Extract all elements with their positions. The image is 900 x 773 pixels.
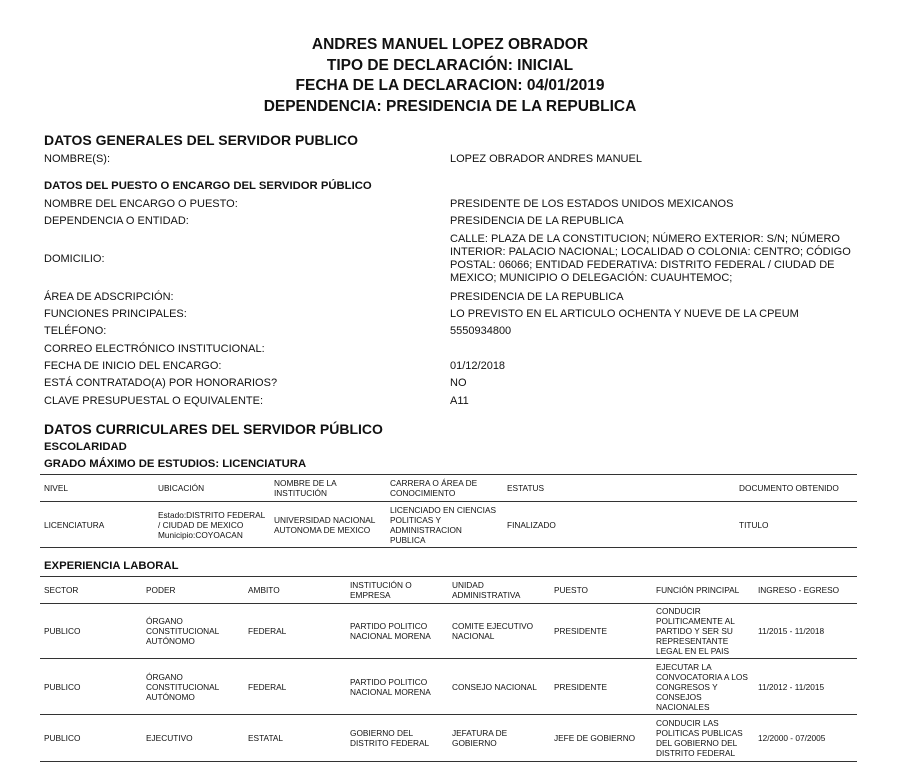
- field-value-telefono: 5550934800: [450, 325, 870, 338]
- edu-cell-estatus: FINALIZADO: [503, 502, 619, 548]
- field-value-puesto: PRESIDENTE DE LOS ESTADOS UNIDOS MEXICAN…: [450, 198, 870, 211]
- exp-cell-sector: PUBLICO: [40, 715, 142, 762]
- exp-cell-unidad: JEFATURA DE GOBIERNO: [448, 715, 550, 762]
- edu-header-institucion: NOMBRE DE LA INSTITUCIÓN: [270, 475, 386, 502]
- field-label-area: ÁREA DE ADSCRIPCIÓN:: [44, 291, 174, 303]
- experience-header-row: SECTOR PODER AMBITO INSTITUCIÓN O EMPRES…: [40, 577, 857, 604]
- field-label-fecha-inicio: FECHA DE INICIO DEL ENCARGO:: [44, 360, 221, 372]
- field-value-honorarios: NO: [450, 377, 870, 390]
- education-table: NIVEL UBICACIÓN NOMBRE DE LA INSTITUCIÓN…: [40, 474, 857, 548]
- exp-cell-poder: ÓRGANO CONSTITUCIONAL AUTÓNOMO: [142, 659, 244, 715]
- field-label-funciones: FUNCIONES PRINCIPALES:: [44, 308, 187, 320]
- edu-cell-nivel: LICENCIATURA: [40, 502, 154, 548]
- field-label-clave: CLAVE PRESUPUESTAL O EQUIVALENTE:: [44, 395, 263, 407]
- field-label-domicilio: DOMICILIO:: [44, 253, 105, 265]
- field-label-telefono: TELÉFONO:: [44, 325, 106, 337]
- exp-cell-ambito: ESTATAL: [244, 715, 346, 762]
- field-label-nombre: NOMBRE(S):: [44, 153, 110, 165]
- edu-header-blank: [619, 475, 735, 502]
- table-row: PUBLICO ÓRGANO CONSTITUCIONAL AUTÓNOMO F…: [40, 604, 857, 659]
- field-value-area: PRESIDENCIA DE LA REPUBLICA: [450, 291, 870, 304]
- field-value-funciones: LO PREVISTO EN EL ARTICULO OCHENTA Y NUE…: [450, 308, 870, 321]
- exp-cell-unidad: COMITE EJECUTIVO NACIONAL: [448, 604, 550, 659]
- field-value-domicilio: CALLE: PLAZA DE LA CONSTITUCION; NÚMERO …: [450, 233, 860, 285]
- section-title-curriculares: DATOS CURRICULARES DEL SERVIDOR PÚBLICO: [44, 421, 383, 437]
- exp-header-puesto: PUESTO: [550, 577, 652, 604]
- exp-cell-puesto: PRESIDENTE: [550, 604, 652, 659]
- edu-header-carrera: CARRERA O ÁREA DE CONOCIMIENTO: [386, 475, 503, 502]
- edu-cell-blank: [619, 502, 735, 548]
- table-row: LICENCIATURA Estado:DISTRITO FEDERAL / C…: [40, 502, 857, 548]
- exp-header-unidad: UNIDAD ADMINISTRATIVA: [448, 577, 550, 604]
- exp-cell-ambito: FEDERAL: [244, 604, 346, 659]
- section-title-experiencia: EXPERIENCIA LABORAL: [44, 560, 179, 572]
- exp-cell-periodo: 12/2000 - 07/2005: [754, 715, 857, 762]
- section-title-datos-generales: DATOS GENERALES DEL SERVIDOR PUBLICO: [44, 132, 358, 148]
- exp-header-sector: SECTOR: [40, 577, 142, 604]
- field-label-honorarios: ESTÁ CONTRATADO(A) POR HONORARIOS?: [44, 377, 277, 389]
- exp-cell-funcion: EJECUTAR LA CONVOCATORIA A LOS CONGRESOS…: [652, 659, 754, 715]
- field-label-puesto: NOMBRE DEL ENCARGO O PUESTO:: [44, 198, 238, 210]
- declaration-dependency: DEPENDENCIA: PRESIDENCIA DE LA REPUBLICA: [0, 97, 900, 118]
- declaration-type: TIPO DE DECLARACIÓN: INICIAL: [0, 56, 900, 77]
- document-header: ANDRES MANUEL LOPEZ OBRADOR TIPO DE DECL…: [0, 35, 900, 117]
- declaration-date: FECHA DE LA DECLARACION: 04/01/2019: [0, 76, 900, 97]
- exp-cell-puesto: JEFE DE GOBIERNO: [550, 715, 652, 762]
- exp-header-funcion: FUNCIÓN PRINCIPAL: [652, 577, 754, 604]
- section-title-puesto: DATOS DEL PUESTO O ENCARGO DEL SERVIDOR …: [44, 180, 372, 192]
- exp-cell-funcion: CONDUCIR POLITICAMENTE AL PARTIDO Y SER …: [652, 604, 754, 659]
- exp-header-poder: PODER: [142, 577, 244, 604]
- experience-table: SECTOR PODER AMBITO INSTITUCIÓN O EMPRES…: [40, 576, 857, 762]
- edu-cell-ubicacion: Estado:DISTRITO FEDERAL / CIUDAD DE MEXI…: [154, 502, 270, 548]
- exp-cell-periodo: 11/2015 - 11/2018: [754, 604, 857, 659]
- field-label-dependencia: DEPENDENCIA O ENTIDAD:: [44, 215, 189, 227]
- edu-cell-documento: TITULO: [735, 502, 857, 548]
- exp-cell-poder: ÓRGANO CONSTITUCIONAL AUTÓNOMO: [142, 604, 244, 659]
- field-value-clave: A11: [450, 395, 870, 408]
- field-value-nombre: LOPEZ OBRADOR ANDRES MANUEL: [450, 153, 870, 166]
- education-header-row: NIVEL UBICACIÓN NOMBRE DE LA INSTITUCIÓN…: [40, 475, 857, 502]
- exp-header-institucion: INSTITUCIÓN O EMPRESA: [346, 577, 448, 604]
- exp-cell-ambito: FEDERAL: [244, 659, 346, 715]
- grado-maximo-title: GRADO MÁXIMO DE ESTUDIOS: LICENCIATURA: [44, 458, 306, 470]
- exp-cell-funcion: CONDUCIR LAS POLITICAS PUBLICAS DEL GOBI…: [652, 715, 754, 762]
- edu-header-nivel: NIVEL: [40, 475, 154, 502]
- exp-cell-puesto: PRESIDENTE: [550, 659, 652, 715]
- declarant-name: ANDRES MANUEL LOPEZ OBRADOR: [0, 35, 900, 56]
- exp-header-ambito: AMBITO: [244, 577, 346, 604]
- table-row: PUBLICO ÓRGANO CONSTITUCIONAL AUTÓNOMO F…: [40, 659, 857, 715]
- exp-header-periodo: INGRESO - EGRESO: [754, 577, 857, 604]
- exp-cell-sector: PUBLICO: [40, 604, 142, 659]
- exp-cell-institucion: GOBIERNO DEL DISTRITO FEDERAL: [346, 715, 448, 762]
- exp-cell-unidad: CONSEJO NACIONAL: [448, 659, 550, 715]
- exp-cell-sector: PUBLICO: [40, 659, 142, 715]
- field-value-fecha-inicio: 01/12/2018: [450, 360, 870, 373]
- edu-cell-carrera: LICENCIADO EN CIENCIAS POLITICAS Y ADMIN…: [386, 502, 503, 548]
- edu-header-ubicacion: UBICACIÓN: [154, 475, 270, 502]
- exp-cell-periodo: 11/2012 - 11/2015: [754, 659, 857, 715]
- edu-header-documento: DOCUMENTO OBTENIDO: [735, 475, 857, 502]
- field-value-dependencia: PRESIDENCIA DE LA REPUBLICA: [450, 215, 870, 228]
- exp-cell-institucion: PARTIDO POLITICO NACIONAL MORENA: [346, 604, 448, 659]
- table-row: PUBLICO EJECUTIVO ESTATAL GOBIERNO DEL D…: [40, 715, 857, 762]
- exp-cell-poder: EJECUTIVO: [142, 715, 244, 762]
- exp-cell-institucion: PARTIDO POLITICO NACIONAL MORENA: [346, 659, 448, 715]
- edu-cell-institucion: UNIVERSIDAD NACIONAL AUTONOMA DE MEXICO: [270, 502, 386, 548]
- edu-header-estatus: ESTATUS: [503, 475, 619, 502]
- escolaridad-title: ESCOLARIDAD: [44, 441, 127, 453]
- field-label-correo: CORREO ELECTRÓNICO INSTITUCIONAL:: [44, 343, 265, 355]
